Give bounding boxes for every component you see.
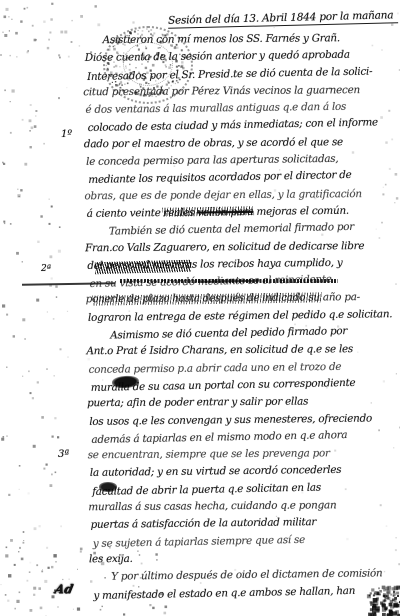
manuscript-page: Sesión del día 13. Abril 1844 por la mañ… [0, 0, 400, 616]
ink-scribble [162, 206, 254, 217]
manuscript-line: se encuentran, siempre que se les preven… [88, 445, 398, 465]
marginal-note-1: 1º [61, 129, 72, 140]
line-text: mejoras el común. [253, 205, 349, 218]
marginal-note-4: Ad [54, 582, 75, 596]
manuscript-line: murallas á sus casas hecha, cuidando q.e… [88, 497, 398, 517]
scan-noise-layer [0, 0, 1, 1]
manuscript-line: Asistieron con mí menos los SS. Farnés y… [83, 30, 393, 50]
ink-scribble [95, 260, 191, 275]
marginal-note-2: 2ª [41, 264, 51, 274]
marginal-note-3: 3ª [58, 449, 69, 460]
manuscript-line: Fran.co Valls Zaguarero, en solicitud de… [85, 237, 395, 257]
manuscript-body: Asistieron con mí menos los SS. Farnés y… [85, 29, 400, 604]
manuscript-line: puerta; afin de poder entrar y salir por… [87, 393, 397, 413]
ink-scribble [120, 279, 338, 283]
session-title: Sesión del día 13. Abril 1844 por la mañ… [168, 9, 398, 29]
manuscript-line: obras, que es de ponde dejar en ellas, y… [84, 185, 394, 205]
ink-blot [99, 482, 117, 492]
